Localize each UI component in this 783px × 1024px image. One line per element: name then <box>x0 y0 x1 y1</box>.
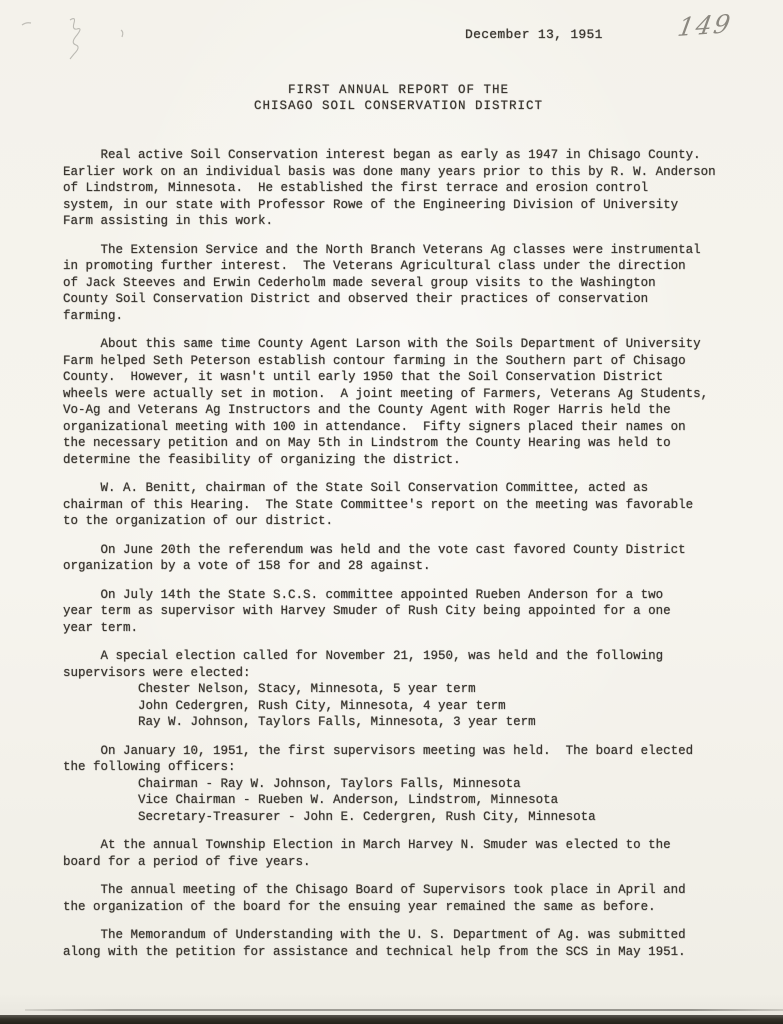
paragraph: On June 20th the referendum was held and… <box>63 542 767 575</box>
text-line: to the organization of our district. <box>63 513 767 530</box>
text-line: About this same time County Agent Larson… <box>63 336 767 353</box>
text-line: On January 10, 1951, the first superviso… <box>63 743 767 760</box>
text-line: Farm assisting in this work. <box>63 213 767 230</box>
text-line: Ray W. Johnson, Taylors Falls, Minnesota… <box>63 714 767 731</box>
paragraph: The annual meeting of the Chisago Board … <box>63 882 767 915</box>
text-line: system, in our state with Professor Rowe… <box>63 197 767 214</box>
text-line: County Soil Conservation District and ob… <box>63 291 767 308</box>
paragraph: Real active Soil Conservation interest b… <box>63 147 767 230</box>
paragraph: W. A. Benitt, chairman of the State Soil… <box>63 480 767 530</box>
text-line: organization by a vote of 158 for and 28… <box>63 558 767 575</box>
report-title-line-2: CHISAGO SOIL CONSERVATION DISTRICT <box>7 99 783 115</box>
paragraph: A special election called for November 2… <box>63 648 767 731</box>
text-line: in promoting further interest. The Veter… <box>63 258 767 275</box>
text-line: County. However, it wasn't until early 1… <box>63 369 767 386</box>
text-line: determine the feasibility of organizing … <box>63 452 767 469</box>
paragraph: On July 14th the State S.C.S. committee … <box>63 587 767 637</box>
handwritten-page-number: 149 <box>676 11 734 41</box>
text-line: along with the petition for assistance a… <box>63 944 767 961</box>
scan-edge-line <box>25 1009 783 1011</box>
text-line: the necessary petition and on May 5th in… <box>63 435 767 452</box>
scanned-document-page: { "colors":{ "paper":"#f5f3ec", "ink":"#… <box>0 0 783 1024</box>
text-line: A special election called for November 2… <box>63 648 767 665</box>
text-line: wheels were actually set in motion. A jo… <box>63 386 767 403</box>
text-line: chairman of this Hearing. The State Comm… <box>63 497 767 514</box>
text-line: Vice Chairman - Rueben W. Anderson, Lind… <box>63 792 767 809</box>
paragraph: About this same time County Agent Larson… <box>63 336 767 468</box>
text-line: of Jack Steeves and Erwin Cederholm made… <box>63 275 767 292</box>
text-line: supervisors were elected: <box>63 665 767 682</box>
text-line: At the annual Township Election in March… <box>63 837 767 854</box>
text-line: the organization of the board for the en… <box>63 899 767 916</box>
text-line: board for a period of five years. <box>63 854 767 871</box>
text-line: Earlier work on an individual basis was … <box>63 164 767 181</box>
text-line: Chester Nelson, Stacy, Minnesota, 5 year… <box>63 681 767 698</box>
text-line: Farm helped Seth Peterson establish cont… <box>63 353 767 370</box>
text-line: the following officers: <box>63 759 767 776</box>
text-line: Real active Soil Conservation interest b… <box>63 147 767 164</box>
text-line: Vo-Ag and Veterans Ag Instructors and th… <box>63 402 767 419</box>
text-line: John Cedergren, Rush City, Minnesota, 4 … <box>63 698 767 715</box>
paragraph: The Extension Service and the North Bran… <box>63 242 767 325</box>
report-title-line-1: FIRST ANNUAL REPORT OF THE <box>7 83 783 99</box>
paragraph: The Memorandum of Understanding with the… <box>63 927 767 960</box>
text-line: year term as supervisor with Harvey Smud… <box>63 603 767 620</box>
text-line: organizational meeting with 100 in atten… <box>63 419 767 436</box>
report-title: FIRST ANNUAL REPORT OF THE CHISAGO SOIL … <box>7 83 783 114</box>
paragraph: At the annual Township Election in March… <box>63 837 767 870</box>
text-line: On June 20th the referendum was held and… <box>63 542 767 559</box>
text-line: The Extension Service and the North Bran… <box>63 242 767 259</box>
pencil-scribble-marks <box>8 12 158 77</box>
text-line: of Lindstrom, Minnesota. He established … <box>63 180 767 197</box>
text-line: The annual meeting of the Chisago Board … <box>63 882 767 899</box>
text-line: farming. <box>63 308 767 325</box>
text-line: year term. <box>63 620 767 637</box>
text-line: Chairman - Ray W. Johnson, Taylors Falls… <box>63 776 767 793</box>
text-line: On July 14th the State S.C.S. committee … <box>63 587 767 604</box>
scan-bottom-edge <box>0 1015 783 1024</box>
text-line: W. A. Benitt, chairman of the State Soil… <box>63 480 767 497</box>
text-line: Secretary-Treasurer - John E. Cedergren,… <box>63 809 767 826</box>
typed-date: December 13, 1951 <box>465 27 603 42</box>
document-body: Real active Soil Conservation interest b… <box>63 147 767 972</box>
paragraph: On January 10, 1951, the first superviso… <box>63 743 767 826</box>
text-line: The Memorandum of Understanding with the… <box>63 927 767 944</box>
